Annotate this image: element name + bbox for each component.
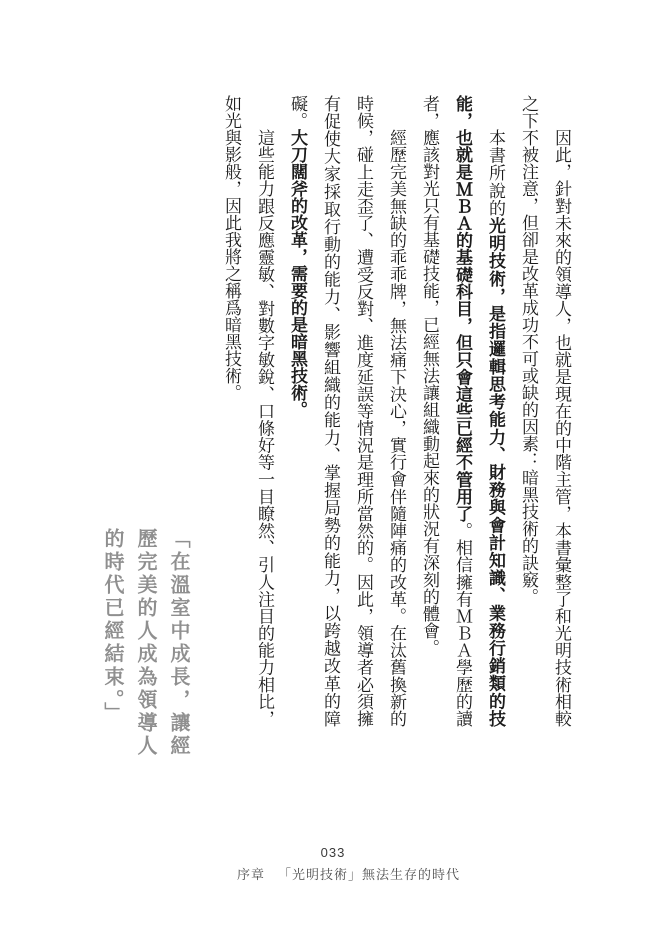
chapter-title: 「光明技術」無法生存的時代 xyxy=(278,867,460,882)
paragraph: 經歷完美無缺的乖乖牌，無法痛下決心，實行會伴隨陣痛的改革。在汰舊換新的時候，碰上… xyxy=(281,95,413,727)
page-number: 033 xyxy=(237,845,429,860)
pull-quote-line: 的時代已經結束。」 xyxy=(95,528,128,766)
text-run: 這些能力跟反應靈敏、對數字敏銳、口條好等一目瞭然、引人注目的能力相比，如光與影般… xyxy=(222,95,274,727)
running-title: 序章「光明技術」無法生存的時代 xyxy=(237,864,429,883)
text-run: 本書所說的 xyxy=(486,129,505,217)
book-page: 因此，針對未來的領導人，也就是現在的中階主管，本書彙整了和光明技術相較之下不被注… xyxy=(0,0,663,932)
paragraph: 這些能力跟反應靈敏、對數字敏銳、口條好等一目瞭然、引人注目的能力相比，如光與影般… xyxy=(215,95,281,727)
body-text: 因此，針對未來的領導人，也就是現在的中階主管，本書彙整了和光明技術相較之下不被注… xyxy=(215,95,578,727)
paragraph: 本書所說的光明技術，是指邏輯思考能力、財務與會計知識、業務行銷類的技能，也就是Ｍ… xyxy=(413,95,512,727)
chapter-label: 序章 xyxy=(237,864,265,883)
pull-quote: 「在溫室中成長，讓經 歷完美的人成為領導人 的時代已經結束。」 xyxy=(95,528,194,766)
pull-quote-line: 「在溫室中成長，讓經 xyxy=(161,528,194,766)
pull-quote-line: 歷完美的人成為領導人 xyxy=(128,528,161,766)
page-footer: 033 序章「光明技術」無法生存的時代 xyxy=(237,845,429,883)
paragraph: 因此，針對未來的領導人，也就是現在的中階主管，本書彙整了和光明技術相較之下不被注… xyxy=(512,95,578,727)
bold-run: 大刀闊斧的改革，需要的是暗黑技術。 xyxy=(288,129,307,418)
text-run: 因此，針對未來的領導人，也就是現在的中階主管，本書彙整了和光明技術相較之下不被注… xyxy=(519,95,571,727)
